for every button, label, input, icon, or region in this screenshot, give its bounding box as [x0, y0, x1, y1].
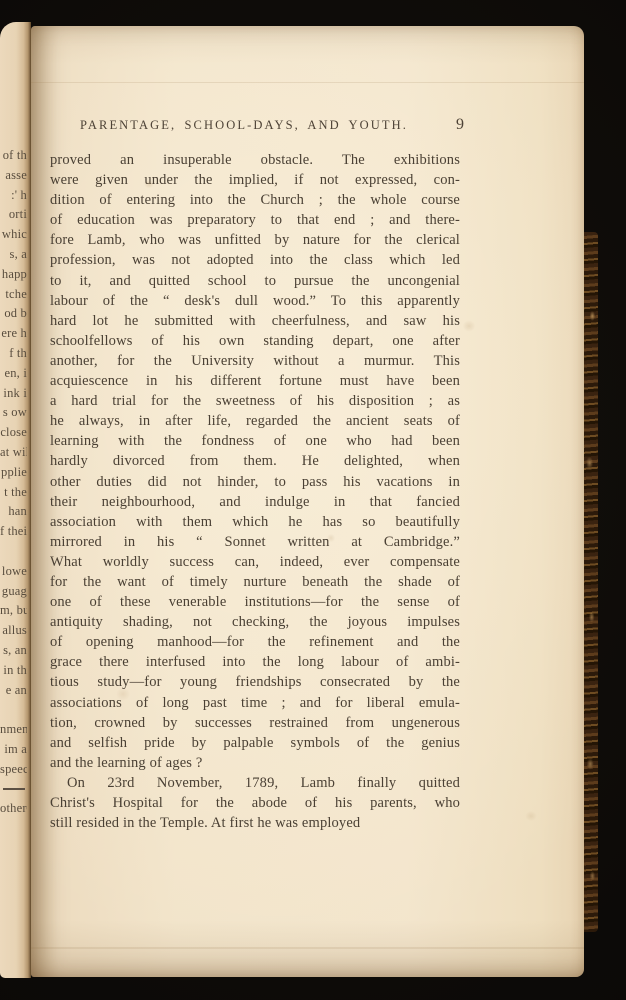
- text-line: fore Lamb, who was unfitted by nature fo…: [50, 230, 460, 250]
- text-line: one of these venerable institutions—for …: [50, 592, 460, 612]
- running-header: PARENTAGE, SCHOOL-DAYS, AND YOUTH. 9: [50, 116, 464, 134]
- text-line: a hard trial for the sweetness of his di…: [50, 391, 460, 411]
- prev-page-fragment-line: od b: [0, 304, 27, 324]
- text-line: dition of entering into the Church ; the…: [50, 190, 460, 210]
- text-line: schoolfellows of his own standing depart…: [50, 331, 460, 351]
- text-line: tion, crowned by successes restrained fr…: [50, 713, 460, 733]
- prev-page-fragment-line: pplie: [0, 463, 27, 483]
- text-line: association with them which he has so be…: [50, 512, 460, 532]
- prev-page-fragment-line: f thei: [0, 522, 27, 542]
- prev-page-fragment-line: [0, 700, 27, 720]
- text-line: and the learning of ages ?: [50, 753, 460, 773]
- prev-page-fragment-line: in th: [0, 661, 27, 681]
- prev-page-fragment-line: t the: [0, 483, 27, 503]
- footnote-rule: [0, 780, 27, 800]
- prev-page-fragment-line: of th: [0, 146, 27, 166]
- text-line: antiquity shading, not checking, the joy…: [50, 612, 460, 632]
- text-line: acquiescence in his different fortune mu…: [50, 371, 460, 391]
- text-line: labour of the “ desk's dull wood.” To th…: [50, 291, 460, 311]
- prev-page-fragment-line: orti: [0, 205, 27, 225]
- prev-page-fragment-line: ere h: [0, 324, 27, 344]
- book-page: PARENTAGE, SCHOOL-DAYS, AND YOUTH. 9 pro…: [31, 26, 584, 977]
- text-line: he always, in after life, regarded the a…: [50, 411, 460, 431]
- text-line: were given under the implied, if not exp…: [50, 170, 460, 190]
- header-title: PARENTAGE, SCHOOL-DAYS, AND YOUTH.: [50, 118, 438, 133]
- fore-edge: [584, 232, 598, 932]
- text-line: of education was preparatory to that end…: [50, 210, 460, 230]
- book-photo: of thasse:' hortiwhics, ahapptcheod bere…: [0, 0, 626, 1000]
- prev-page-fragment-line: other—: [0, 799, 27, 819]
- prev-page-fragment-line: asse: [0, 166, 27, 186]
- prev-page-fragment-line: nmen: [0, 720, 27, 740]
- prev-page-fragment-line: lowe: [0, 562, 27, 582]
- text-line: tious study—for young friendships consec…: [50, 672, 460, 692]
- text-line: to it, and quitted school to pursue the …: [50, 271, 460, 291]
- prev-page-fragment-line: :' h: [0, 186, 27, 206]
- text-line: and selfish pride by palpable symbols of…: [50, 733, 460, 753]
- text-line: profession, was not adopted into the cla…: [50, 250, 460, 270]
- text-line: hard lot he submitted with cheerfulness,…: [50, 311, 460, 331]
- text-line: another, for the University without a mu…: [50, 351, 460, 371]
- prev-page-fragment-line: at wil: [0, 443, 27, 463]
- text-line: hardly divorced from them. He delighted,…: [50, 451, 460, 471]
- text-line: Christ's Hospital for the abode of his p…: [50, 793, 460, 813]
- prev-page-fragment-line: [0, 542, 27, 562]
- prev-page-fragment-line: guag: [0, 582, 27, 602]
- prev-page-fragment-line: s, an: [0, 641, 27, 661]
- prev-page-fragment-line: whic: [0, 225, 27, 245]
- prev-page-fragment-line: s ow: [0, 403, 27, 423]
- prev-page-fragment-line: speec: [0, 760, 27, 780]
- page-number: 9: [438, 116, 464, 134]
- prev-page-fragment-line: e an: [0, 681, 27, 701]
- text-line: mirrored in his “ Sonnet written at Camb…: [50, 532, 460, 552]
- prev-page-fragment-line: ink i: [0, 384, 27, 404]
- text-line: still resided in the Temple. At first he…: [50, 813, 460, 833]
- prev-page-fragment-line: happ: [0, 265, 27, 285]
- prev-page-fragment-line: han: [0, 502, 27, 522]
- text-line: learning with the fondness of one who ha…: [50, 431, 460, 451]
- text-line: their neighbourhood, and indulge in that…: [50, 492, 460, 512]
- prev-page-fragment-line: allus: [0, 621, 27, 641]
- text-line: On 23rd November, 1789, Lamb finally qui…: [50, 773, 460, 793]
- prev-page-fragment-line: im a: [0, 740, 27, 760]
- text-line: grace there interfused into the long lab…: [50, 652, 460, 672]
- text-line: What worldly success can, indeed, ever c…: [50, 552, 460, 572]
- prev-page-fragment-line: en, i: [0, 364, 27, 384]
- prev-page-fragment-line: m, bu: [0, 601, 27, 621]
- text-line: associations of long past time ; and for…: [50, 693, 460, 713]
- previous-page-edge: of thasse:' hortiwhics, ahapptcheod bere…: [0, 22, 31, 978]
- prev-page-fragment-line: f th: [0, 344, 27, 364]
- text-line: of opening manhood—for the refinement an…: [50, 632, 460, 652]
- prev-page-fragment-line: tche: [0, 285, 27, 305]
- prev-page-fragment-line: close: [0, 423, 27, 443]
- text-line: for the want of timely nurture beneath t…: [50, 572, 460, 592]
- prev-page-fragment-line: s, a: [0, 245, 27, 265]
- prev-page-fragments: of thasse:' hortiwhics, ahapptcheod bere…: [0, 146, 27, 819]
- text-line: proved an insuperable obstacle. The exhi…: [50, 150, 460, 170]
- text-line: other duties did not hinder, to pass his…: [50, 472, 460, 492]
- body-text: proved an insuperable obstacle. The exhi…: [50, 150, 460, 833]
